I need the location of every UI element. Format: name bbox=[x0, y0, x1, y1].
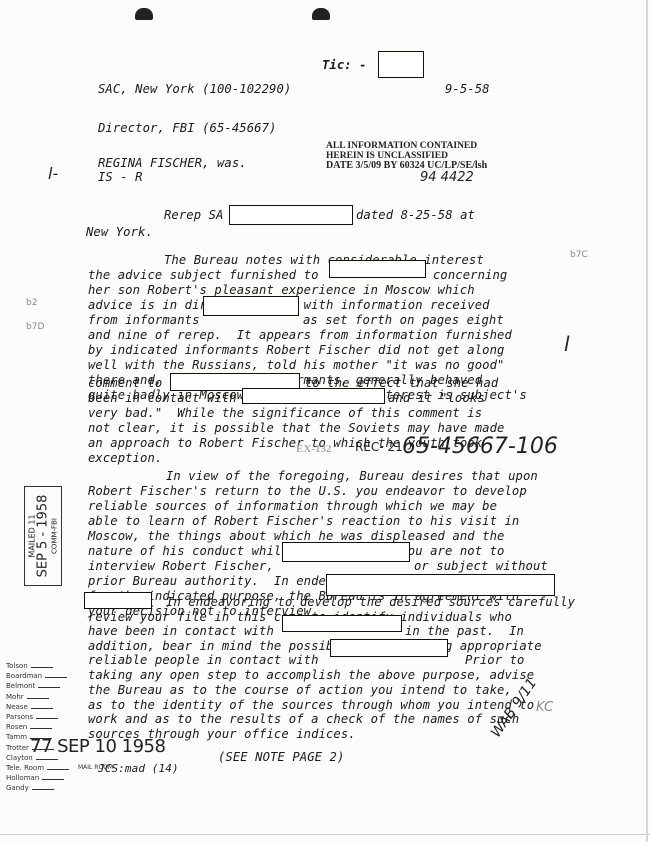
body-line: well with the Russians, told his mother … bbox=[88, 358, 505, 372]
redaction-box bbox=[242, 388, 385, 404]
redaction-box bbox=[282, 542, 410, 562]
body-line: Prior to bbox=[465, 653, 525, 667]
routing-item: Mohr bbox=[6, 692, 69, 702]
body-line: addition, bear in mind the possibility o… bbox=[88, 639, 542, 653]
body-line: very bad." While the significance of thi… bbox=[88, 406, 482, 420]
rerep-text: New York. bbox=[86, 225, 153, 239]
tic-label: Tic: - bbox=[322, 58, 367, 72]
body-line: reliable sources of information through … bbox=[88, 499, 497, 513]
redaction-box bbox=[329, 260, 426, 278]
subject-line: REGINA FISCHER, was. bbox=[98, 156, 247, 170]
body-line: reliable people in contact with bbox=[88, 653, 319, 667]
body-line: by indicated informants Robert Fischer d… bbox=[88, 343, 505, 357]
body-line: have been in contact with bbox=[88, 624, 274, 638]
received-stamp: 77 SEP 10 1958 bbox=[30, 736, 165, 757]
redaction-box bbox=[282, 615, 402, 632]
document-page: Tic: - SAC, New York (100-102290) 9-5-58… bbox=[0, 0, 650, 842]
routing-item: Belmont bbox=[6, 681, 69, 691]
handwritten-number: 94 4422 bbox=[420, 170, 474, 185]
see-note: (SEE NOTE PAGE 2) bbox=[218, 750, 344, 764]
routing-item: Tele. Room bbox=[6, 763, 69, 773]
body-line: and nine of rerep. It appears from infor… bbox=[88, 328, 512, 342]
body-line: In endeavoring to develop the desired so… bbox=[166, 595, 575, 609]
to-line: SAC, New York (100-102290) bbox=[98, 82, 291, 96]
punch-hole-mark bbox=[312, 8, 330, 20]
mailed-stamp-date: SEP 5 - 1958 bbox=[37, 495, 51, 578]
body-line: and it "looks bbox=[388, 391, 485, 405]
handwritten-initials: KC bbox=[536, 700, 553, 715]
redaction-box bbox=[203, 296, 299, 316]
routing-item: Nease bbox=[6, 702, 69, 712]
body-line: taking any open step to accomplish the a… bbox=[88, 668, 534, 682]
body-line: Robert Fischer's return to the U.S. you … bbox=[88, 484, 527, 498]
page-edge bbox=[646, 0, 648, 842]
body-line: In view of the foregoing, Bureau desires… bbox=[166, 469, 538, 483]
exemption-code: b2 bbox=[26, 298, 37, 308]
body-line: work and as to the results of a check of… bbox=[88, 712, 519, 726]
memo-date: 9-5-58 bbox=[445, 82, 490, 96]
body-line: concerning bbox=[433, 268, 507, 282]
subject-classification: IS - R bbox=[98, 170, 143, 184]
exemption-code: b7C bbox=[570, 250, 588, 260]
body-line: The Bureau notes with considerable inter… bbox=[164, 253, 484, 267]
mailed-stamp: MAILED 11 SEP 5 - 1958 COMM-FBI bbox=[24, 486, 62, 586]
body-line: from informants bbox=[88, 313, 200, 327]
exemption-code: b7D bbox=[26, 322, 44, 332]
routing-item: Holloman bbox=[6, 773, 69, 783]
handwritten-mark: l bbox=[564, 332, 570, 356]
body-line: or subject without bbox=[414, 559, 548, 573]
body-line: Moscow, the things about which he was di… bbox=[88, 529, 505, 543]
declassification-stamp-line: ALL INFORMATION CONTAINED bbox=[326, 141, 477, 151]
body-line: not clear, it is possible that the Sovie… bbox=[88, 421, 505, 435]
ex-stamp: EX-132 bbox=[296, 444, 331, 454]
routing-item: Gandy bbox=[6, 783, 69, 793]
body-line: comment to bbox=[88, 376, 162, 390]
body-line: as to the identity of the sources throug… bbox=[88, 698, 534, 712]
rerep-text: dated 8-25-58 at bbox=[356, 208, 475, 222]
redaction-box bbox=[84, 592, 152, 609]
body-line: as set forth on pages eight bbox=[303, 313, 504, 327]
from-line: Director, FBI (65-45667) bbox=[98, 121, 277, 135]
redaction-box bbox=[330, 639, 448, 657]
routing-item: Tolson bbox=[6, 661, 69, 671]
body-line: interview Robert Fischer, bbox=[88, 559, 274, 573]
handwritten-mark: l- bbox=[48, 164, 58, 183]
body-line: her son Robert's pleasant experience in … bbox=[88, 283, 475, 297]
routing-item: Boardman bbox=[6, 671, 69, 681]
body-line: exception. bbox=[88, 451, 162, 465]
routing-item: Parsons bbox=[6, 712, 69, 722]
body-line: the advice subject furnished to bbox=[88, 268, 319, 282]
redaction-box bbox=[326, 574, 555, 596]
punch-hole-mark bbox=[135, 8, 153, 20]
body-line: in the past. In bbox=[405, 624, 524, 638]
mail-room-stamp: MAIL ROOM bbox=[78, 764, 113, 771]
routing-list: Tolson Boardman Belmont Mohr Nease Parso… bbox=[6, 661, 69, 794]
redaction-box bbox=[378, 51, 424, 78]
body-line: been in contact with bbox=[88, 391, 237, 405]
routing-item: Rosen bbox=[6, 722, 69, 732]
rec-stamp: REC- 21 bbox=[355, 442, 403, 452]
page-edge bbox=[0, 834, 650, 835]
body-line: the Bureau as to the course of action yo… bbox=[88, 683, 512, 697]
file-number: 65-45667-106 bbox=[402, 434, 558, 459]
mailed-stamp-line: COMM-FBI bbox=[51, 495, 59, 578]
rerep-text: Rerep SA bbox=[164, 208, 224, 222]
body-line: able to learn of Robert Fischer's reacti… bbox=[88, 514, 519, 528]
redaction-box bbox=[229, 205, 353, 225]
